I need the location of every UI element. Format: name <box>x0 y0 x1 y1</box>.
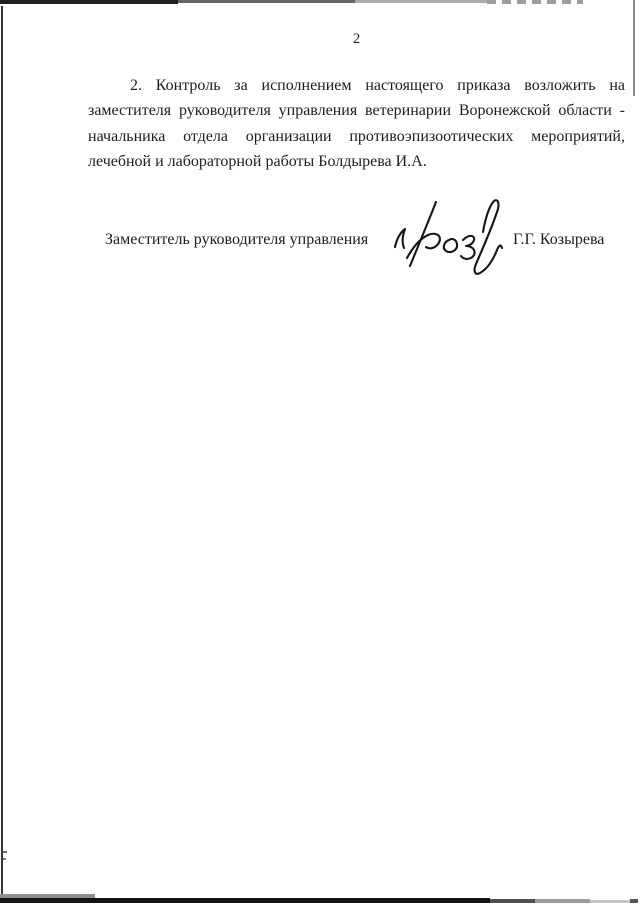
scanned-document-page: 2 2. Контроль за исполнением настоящего … <box>0 0 640 905</box>
paragraph-line: заместителя руководителя управления вете… <box>88 98 625 123</box>
scan-artifact-bottom-line <box>0 898 490 903</box>
scan-artifact-left-tick <box>3 851 7 853</box>
scan-artifact-bottom-dot <box>630 899 638 903</box>
paragraph-line: начальника отдела организации противоэпи… <box>88 124 625 149</box>
scan-artifact-bottom-line-segment <box>535 899 590 903</box>
scan-artifact-bottom-line-segment <box>590 900 632 903</box>
page-number: 2 <box>88 31 625 48</box>
scan-artifact-bottom-line-segment <box>490 899 535 903</box>
paragraph-line: лечебной и лабораторной работы Болдырева… <box>88 149 625 174</box>
scan-artifact-left-edge-line <box>1 6 3 898</box>
scan-artifact-left-tick <box>3 858 6 860</box>
scan-artifact-top-edge-mid <box>178 0 355 3</box>
scan-artifact-cutoff-text-remnant <box>487 0 583 4</box>
handwritten-signature-icon <box>383 188 505 276</box>
scan-artifact-top-edge-dark <box>0 0 178 4</box>
signatory-role: Заместитель руководителя управления <box>105 231 368 249</box>
paragraph-line: 2. Контроль за исполнением настоящего пр… <box>88 73 625 98</box>
scan-artifact-right-edge-line <box>633 0 635 96</box>
signatory-name: Г.Г. Козырева <box>513 231 604 249</box>
order-paragraph: 2. Контроль за исполнением настоящего пр… <box>88 73 625 175</box>
scan-artifact-top-edge-light <box>355 0 487 3</box>
